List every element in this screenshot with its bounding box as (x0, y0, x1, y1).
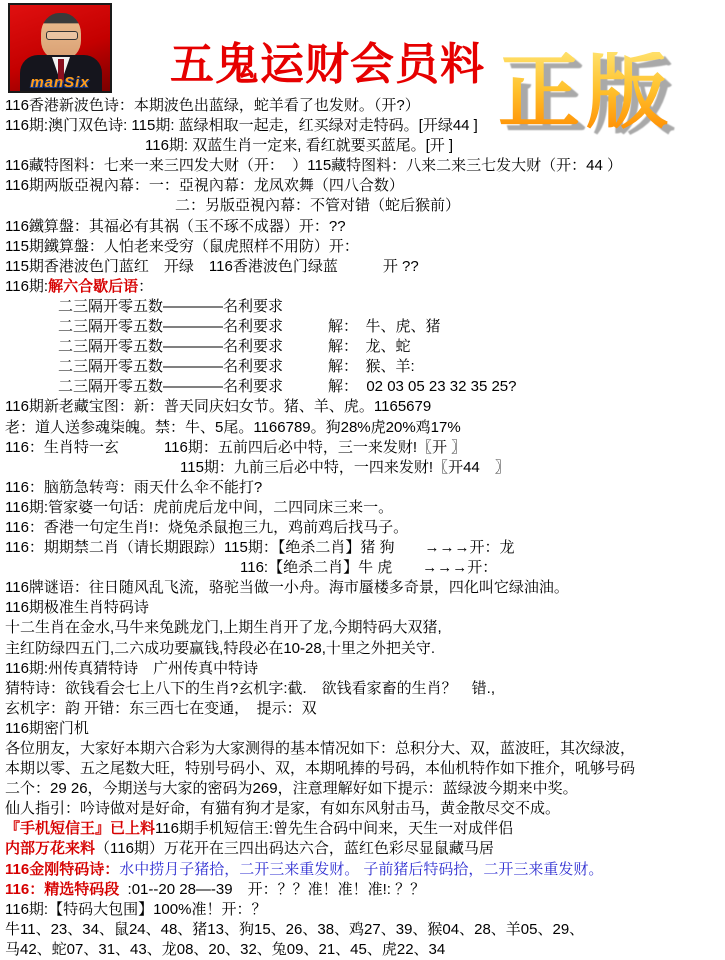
text-line: 116牌谜语：往日随风乱飞流，骆驼当做一小舟。海市蜃楼多奇景，四化叫它绿油油。 (0, 578, 725, 598)
text-segment: 116期:州传真猜特诗 广州传真中特诗 (5, 660, 258, 677)
text-line: 116：精选特码段 :01--20 28—-39 开：？？准！准！准!: ？？ (0, 880, 725, 900)
text-segment: 二：另版亞視內幕：不管对错（蛇后猴前） (175, 197, 460, 214)
text-segment: 116期极准生肖特码诗 (5, 599, 149, 616)
text-segment: 猜特诗：欲钱看会七上八下的生肖?玄机字:截. 欲钱看家畜的生肖？ 错., (5, 680, 495, 697)
text-line: 116:【绝杀二肖】牛 虎 →→→开： (0, 558, 725, 578)
text-line: 116期密门机 (0, 719, 725, 739)
text-segment: 116期:澳门双色诗: 115期: 蓝绿相取一起走，红买绿对走特码。[开绿44 … (5, 117, 478, 134)
text-line: 主红防绿四五门,二六成功要赢钱,特段必在10-28,十里之外把关守. (0, 639, 725, 659)
text-line: 本期以零、五之尾数大旺，特别号码小、双，本期吼捧的号码，本仙机特作如下推介，吼够… (0, 759, 725, 779)
text-line: 内部万花来料（116期）万花开在三四出码达六合，蓝红色彩尽显鼠藏马居 (0, 839, 725, 859)
text-line: 老：道人送参魂柒魄。禁：牛、5尾。1166789。狗28%虎20%鸡17% (0, 418, 725, 438)
text-segment: 116香港新波色诗：本期波色出蓝绿，蛇羊看了也发财。（开?） (5, 97, 420, 114)
text-line: 二三隔开零五数————名利要求 解： 龙、蛇 (0, 337, 725, 357)
text-line: 115期鐵算盤：人怕老来受穷（鼠虎照样不用防）开： (0, 237, 725, 257)
text-line: 二：另版亞視內幕：不管对错（蛇后猴前） (0, 196, 725, 216)
text-line: 二三隔开零五数————名利要求 解： 猴、羊: (0, 357, 725, 377)
text-segment: 116期: (5, 278, 48, 295)
text-segment: 二个：29 26，今期送与大家的密码为269，注意理解好如下提示：蓝绿波今期来中… (5, 780, 578, 797)
text-segment: 116：脑筋急转弯：雨天什么伞不能打? (5, 479, 262, 496)
text-line: 116期:【特码大包围】100%准！开：？ (0, 900, 725, 920)
text-line: 116期新老藏宝图：新：普天同庆妇女节。猪、羊、虎。1165679 (0, 397, 725, 417)
text-segment: 马42、蛇07、31、43、龙08、20、32、兔09、21、45、虎22、34 (5, 941, 445, 958)
text-segment: 主红防绿四五门,二六成功要赢钱,特段必在10-28,十里之外把关守. (5, 640, 435, 657)
text-line: 116期:解六合歇后语： (0, 277, 725, 297)
text-segment: 116期新老藏宝图：新：普天同庆妇女节。猪、羊、虎。1165679 (5, 398, 431, 415)
text-segment: 116：精选特码段 (5, 881, 119, 898)
lines: 116香港新波色诗：本期波色出蓝绿，蛇羊看了也发财。（开?）116期:澳门双色诗… (0, 96, 725, 960)
text-segment: 各位朋友，大家好本期六合彩为大家测得的基本情况如下：总积分大、双，蓝波旺，其次绿… (5, 740, 635, 757)
text-segment: 内部万花来料 (5, 840, 95, 857)
text-segment: 116期手机短信王:曾先生合码中间来，天生一对成伴侣 (155, 820, 513, 837)
text-segment: 二三隔开零五数————名利要求 解： 02 03 05 23 32 35 25? (58, 378, 516, 395)
text-segment: 116：生肖特一玄 116期：五前四后必中特，三一来发财!〖开 〗 (5, 439, 466, 456)
text-line: 十二生肖在金水,马牛来兔跳龙门,上期生肖开了龙,今期特码大双猪, (0, 618, 725, 638)
text-line: 115期：九前三后必中特，一四来发财!〖开44 〗 (0, 458, 725, 478)
text-segment: 116期两版亞視內幕：一：亞視內幕：龙凤欢舞（四八合数） (5, 177, 404, 194)
text-segment: 116金刚特码诗： (5, 861, 119, 878)
text-line: 玄机字：韵 开错：东三西七在变通， 提示：双 (0, 699, 725, 719)
text-line: 马42、蛇07、31、43、龙08、20、32、兔09、21、45、虎22、34 (0, 940, 725, 960)
text-line: 116期:澳门双色诗: 115期: 蓝绿相取一起走，红买绿对走特码。[开绿44 … (0, 116, 725, 136)
text-line: 116：生肖特一玄 116期：五前四后必中特，三一来发财!〖开 〗 (0, 438, 725, 458)
text-line: 二三隔开零五数————名利要求 (0, 297, 725, 317)
text-segment: 仙人指引：吟诗做对是好命，有猫有狗才是家，有如东风射击马，黄金散尽交不成。 (5, 800, 560, 817)
text-segment: 水中捞月子猪拾，二开三来重发财。 子前猪后特码拾，二开三来重发财。 (119, 861, 603, 878)
text-line: 116藏特图料：七来一来三四发大财（开： ）115藏特图料：八来二来三七发大财（… (0, 156, 725, 176)
text-segment: 牛11、23、34、鼠24、48、猪13、狗15、26、38、鸡27、39、猴0… (5, 921, 584, 938)
text-segment: 116鐵算盤：其福必有其祸（玉不琢不成器）开：?? (5, 218, 346, 235)
text-segment: 116藏特图料：七来一来三四发大财（开： ）115藏特图料：八来二来三七发大财（… (5, 157, 622, 174)
text-line: 猜特诗：欲钱看会七上八下的生肖?玄机字:截. 欲钱看家畜的生肖？ 错., (0, 679, 725, 699)
text-segment: 『手机短信王』已上料 (5, 820, 155, 837)
page-title: 五鬼运财会员料 (170, 28, 510, 92)
photo-glasses (46, 31, 78, 40)
text-segment: :01--20 28—-39 开：？？准！准！准!: ？？ (119, 881, 425, 898)
text-segment: 解六合歇后语 (48, 278, 138, 295)
text-segment: 十二生肖在金水,马牛来兔跳龙门,上期生肖开了龙,今期特码大双猪, (5, 619, 442, 636)
text-line: 116香港新波色诗：本期波色出蓝绿，蛇羊看了也发财。（开?） (0, 96, 725, 116)
text-segment: 老：道人送参魂柒魄。禁：牛、5尾。1166789。狗28%虎20%鸡17% (5, 419, 461, 436)
text-line: 116期极准生肖特码诗 (0, 598, 725, 618)
text-segment: （116期）万花开在三四出码达六合，蓝红色彩尽显鼠藏马居 (95, 840, 494, 857)
text-segment: 116：期期禁二肖（请长期跟踪）115期：【绝杀二肖】猪 狗 →→→开：龙 (5, 539, 515, 556)
text-line: 二个：29 26，今期送与大家的密码为269，注意理解好如下提示：蓝绿波今期来中… (0, 779, 725, 799)
page: manSix 五鬼运财会员料 正版 正版 116香港新波色诗：本期波色出蓝绿，蛇… (0, 0, 725, 960)
text-segment: 二三隔开零五数————名利要求 解： 猴、羊: (58, 358, 415, 375)
text-segment: 116期: 双蓝生肖一定来, 看红就要买蓝尾。[开 ] (145, 137, 453, 154)
text-line: 牛11、23、34、鼠24、48、猪13、狗15、26、38、鸡27、39、猴0… (0, 920, 725, 940)
text-segment: 116期:管家婆一句话：虎前虎后龙中间，二四同床三来一。 (5, 499, 393, 516)
text-line: 116：脑筋急转弯：雨天什么伞不能打? (0, 478, 725, 498)
text-line: 115期香港波色门蓝红 开绿 116香港波色门绿蓝 开 ?? (0, 257, 725, 277)
text-segment: 116牌谜语：往日随风乱飞流，骆驼当做一小舟。海市蜃楼多奇景，四化叫它绿油油。 (5, 579, 569, 596)
text-segment: 本期以零、五之尾数大旺，特别号码小、双，本期吼捧的号码，本仙机特作如下推介，吼够… (5, 760, 635, 777)
tipster-photo: manSix (8, 3, 112, 93)
photo-caption: manSix (10, 74, 110, 91)
text-line: 116：香港一句定生肖!：烧兔杀鼠抱三九，鸡前鸡后找马子。 (0, 518, 725, 538)
text-segment: 116期:【特码大包围】100%准！开：？ (5, 901, 266, 918)
text-segment: 115期鐵算盤：人怕老来受穷（鼠虎照样不用防）开： (5, 238, 359, 255)
text-segment: 116期密门机 (5, 720, 89, 737)
text-segment: 玄机字：韵 开错：东三西七在变通， 提示：双 (5, 700, 317, 717)
text-segment: 二三隔开零五数————名利要求 解： 牛、虎、猪 (58, 318, 441, 335)
text-line: 116金刚特码诗：水中捞月子猪拾，二开三来重发财。 子前猪后特码拾，二开三来重发… (0, 860, 725, 880)
text-segment: 116:【绝杀二肖】牛 虎 →→→开： (240, 559, 497, 576)
text-segment: ： (138, 278, 153, 295)
text-line: 二三隔开零五数————名利要求 解： 牛、虎、猪 (0, 317, 725, 337)
text-segment: 二三隔开零五数————名利要求 (58, 298, 283, 315)
text-line: 116：期期禁二肖（请长期跟踪）115期：【绝杀二肖】猪 狗 →→→开：龙 (0, 538, 725, 558)
text-line: 116期:管家婆一句话：虎前虎后龙中间，二四同床三来一。 (0, 498, 725, 518)
text-line: 116期: 双蓝生肖一定来, 看红就要买蓝尾。[开 ] (0, 136, 725, 156)
text-line: 二三隔开零五数————名利要求 解： 02 03 05 23 32 35 25? (0, 377, 725, 397)
text-segment: 115期：九前三后必中特，一四来发财!〖开44 〗 (180, 459, 510, 476)
text-line: 『手机短信王』已上料116期手机短信王:曾先生合码中间来，天生一对成伴侣 (0, 819, 725, 839)
text-segment: 二三隔开零五数————名利要求 解： 龙、蛇 (58, 338, 411, 355)
header: manSix 五鬼运财会员料 (0, 0, 725, 96)
text-line: 仙人指引：吟诗做对是好命，有猫有狗才是家，有如东风射击马，黄金散尽交不成。 (0, 799, 725, 819)
text-line: 116鐵算盤：其福必有其祸（玉不琢不成器）开：?? (0, 217, 725, 237)
text-line: 116期两版亞視內幕：一：亞視內幕：龙凤欢舞（四八合数） (0, 176, 725, 196)
text-line: 各位朋友，大家好本期六合彩为大家测得的基本情况如下：总积分大、双，蓝波旺，其次绿… (0, 739, 725, 759)
text-segment: 116：香港一句定生肖!：烧兔杀鼠抱三九，鸡前鸡后找马子。 (5, 519, 408, 536)
text-segment: 115期香港波色门蓝红 开绿 116香港波色门绿蓝 开 ?? (5, 258, 419, 275)
text-line: 116期:州传真猜特诗 广州传真中特诗 (0, 659, 725, 679)
